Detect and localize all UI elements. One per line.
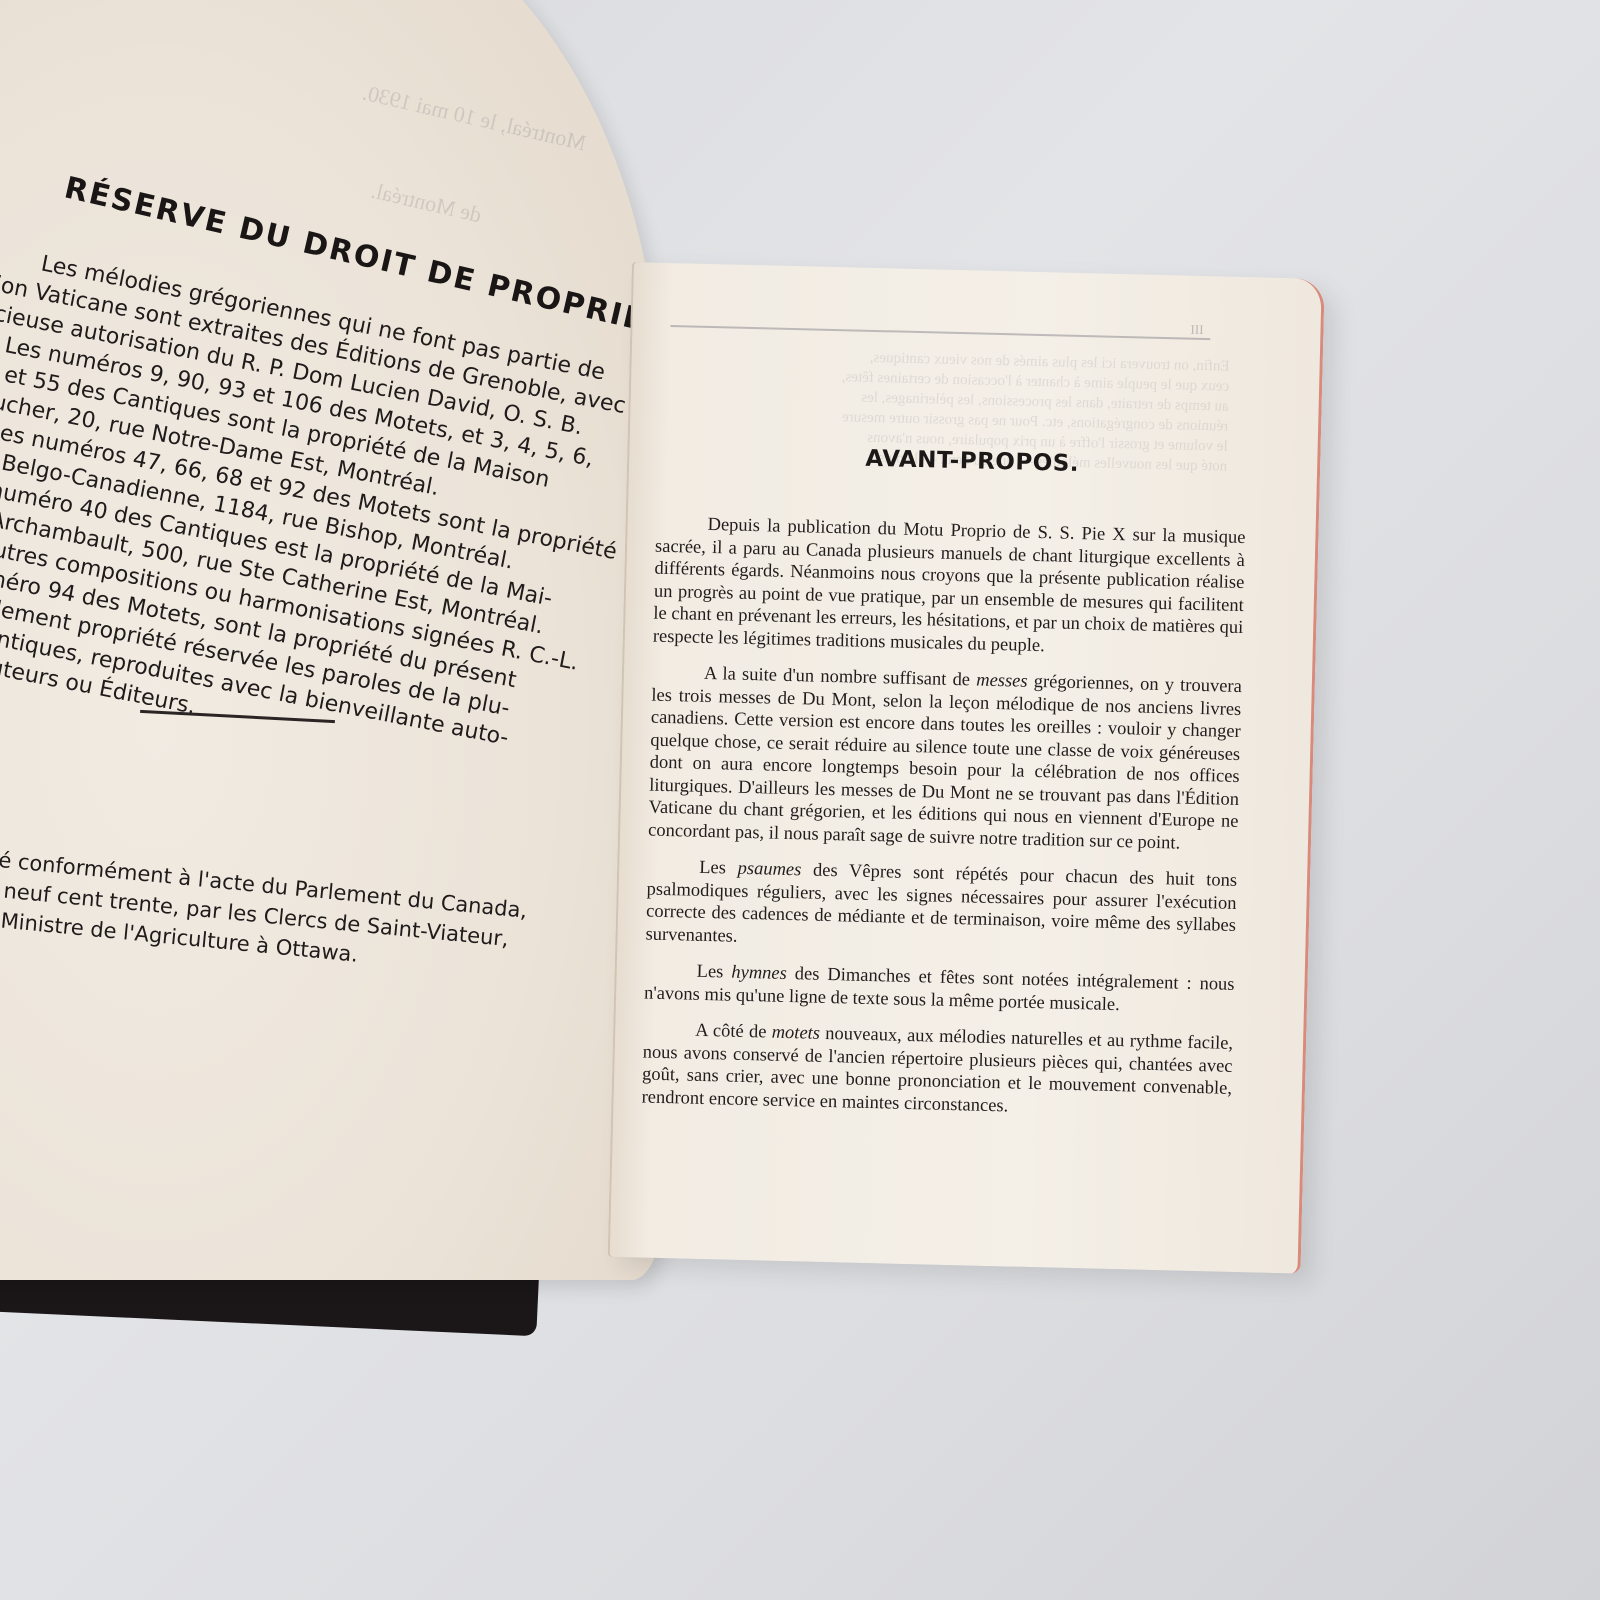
emphasis: psaumes [737,859,801,881]
paragraph: Depuis la publication du Motu Proprio de… [653,513,1246,662]
header-rule [670,325,1210,340]
paragraph: A la suite d'un nombre suffisant de mess… [648,662,1242,856]
emphasis: motets [771,1023,820,1044]
right-page: III Enfin, on trouvera ici les plus aimé… [608,262,1325,1274]
paragraph: Les psaumes des Vêpres sont répétés pour… [645,856,1237,960]
right-page-body: Depuis la publication du Motu Proprio de… [641,513,1246,1137]
left-page-body: Les mélodies grégoriennes qui ne font pa… [0,240,660,801]
page-number: III [1190,322,1203,338]
show-through-text: Montréal, le 10 mai 1930. [360,80,589,157]
emphasis: hymnes [731,963,787,984]
left-page: Montréal, le 10 mai 1930. de Montréal. R… [0,0,660,1280]
paragraph: A côté de motets nouveaux, aux mélodies … [641,1019,1233,1123]
photo-scene: Montréal, le 10 mai 1930. de Montréal. R… [0,0,1600,1600]
copyright-notice: é conformément à l'acte du Parlement du … [0,845,660,1002]
show-through-text: de Montréal. [369,178,484,229]
emphasis: messes [976,671,1028,692]
paragraph: Les hymnes des Dimanches et fêtes sont n… [644,960,1235,1019]
